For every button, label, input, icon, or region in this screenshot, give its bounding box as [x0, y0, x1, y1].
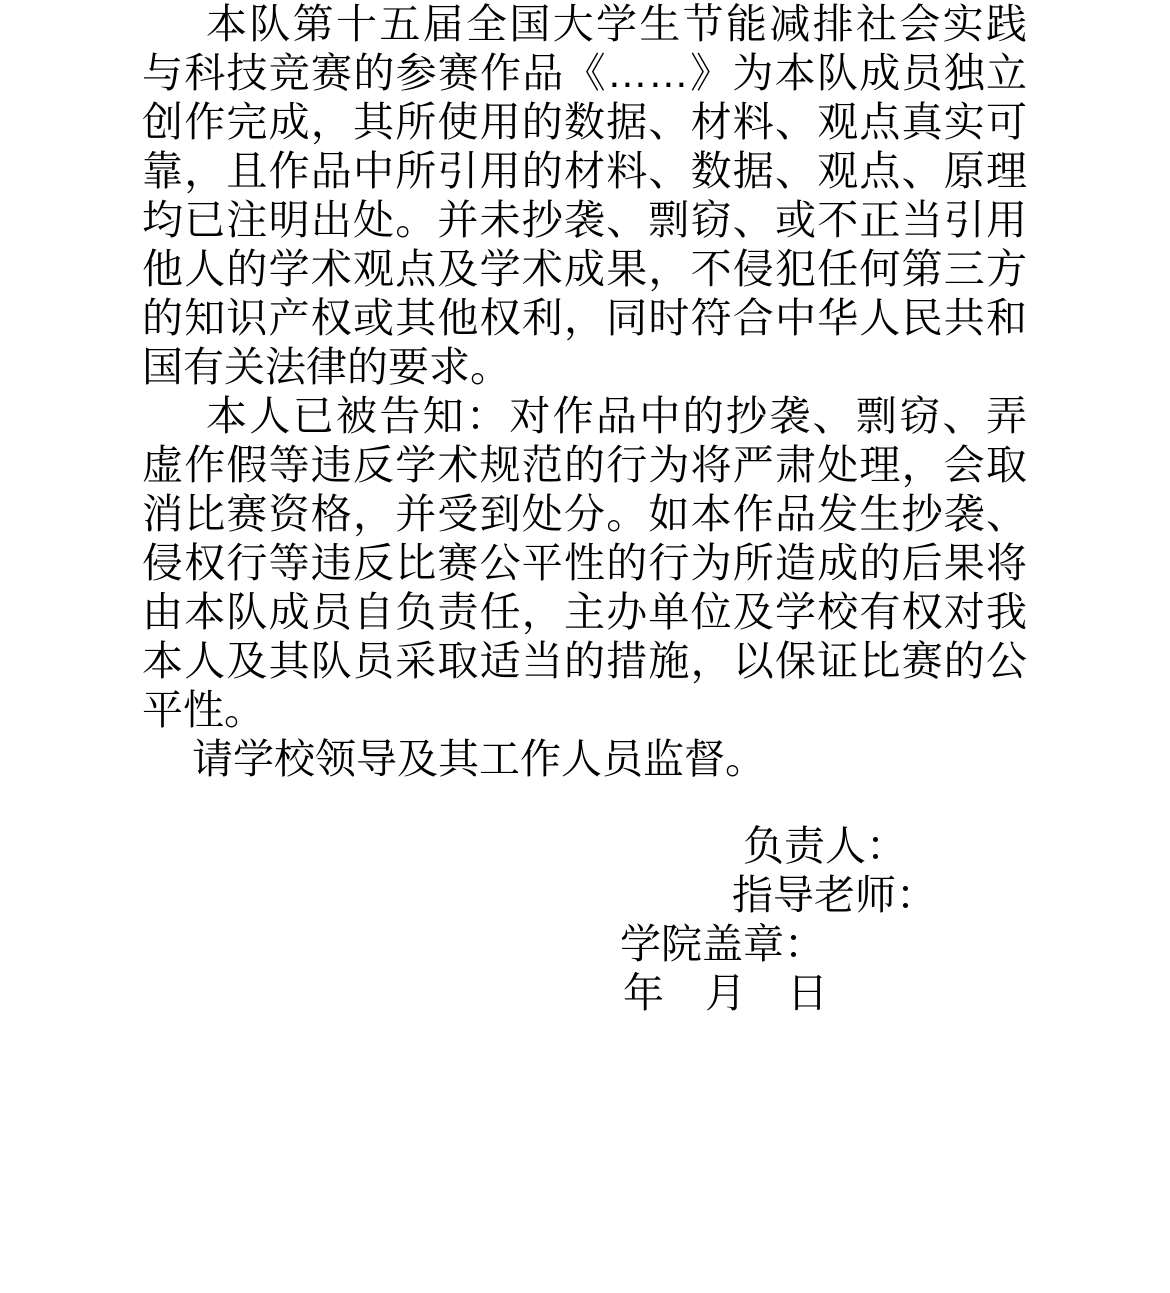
paragraph-supervision: 请学校领导及其工作人员监督。	[142, 735, 1027, 784]
text-line: 他人的学术观点及学术成果，不侵犯任何第三方	[142, 245, 1027, 294]
text-line: 消比赛资格，并受到处分。如本作品发生抄袭、	[142, 490, 1027, 539]
text-line: 本人已被告知：对作品中的抄袭、剽窃、弄	[142, 392, 1027, 441]
text-line: 均已注明出处。并未抄袭、剽窃、或不正当引用	[142, 196, 1027, 245]
text-line: 侵权行等违反比赛公平性的行为所造成的后果将	[142, 539, 1027, 588]
text-line: 靠，且作品中所引用的材料、数据、观点、原理	[142, 147, 1027, 196]
text-line: 本人及其队员采取适当的措施，以保证比赛的公	[142, 637, 1027, 686]
text-line: 创作完成，其所使用的数据、材料、观点真实可	[142, 98, 1027, 147]
text-line: 由本队成员自负责任，主办单位及学校有权对我	[142, 588, 1027, 637]
text-line: 本队第十五届全国大学生节能减排社会实践	[142, 0, 1027, 49]
text-line: 与科技竞赛的参赛作品《……》为本队成员独立	[142, 49, 1027, 98]
text-line: 国有关法律的要求。	[142, 343, 1027, 392]
text-line: 的知识产权或其他权利，同时符合中华人民共和	[142, 294, 1027, 343]
signature-line-responsible: 负责人：	[743, 822, 1027, 871]
declaration-page: 本队第十五届全国大学生节能减排社会实践 与科技竞赛的参赛作品《……》为本队成员独…	[0, 0, 1170, 1293]
signature-line-date: 年 月 日	[623, 969, 1027, 1018]
signature-line-advisor: 指导老师：	[732, 871, 1027, 920]
text-line: 虚作假等违反学术规范的行为将严肃处理，会取	[142, 441, 1027, 490]
text-line: 平性。	[142, 686, 1027, 735]
paragraph-consequences: 本人已被告知：对作品中的抄袭、剽窃、弄 虚作假等违反学术规范的行为将严肃处理，会…	[142, 392, 1027, 735]
text-line: 请学校领导及其工作人员监督。	[142, 735, 1027, 784]
signature-block: 负责人： 指导老师： 学院盖章： 年 月 日	[142, 822, 1027, 1018]
signature-line-college-seal: 学院盖章：	[620, 920, 1027, 969]
paragraph-originality: 本队第十五届全国大学生节能减排社会实践 与科技竞赛的参赛作品《……》为本队成员独…	[142, 0, 1027, 392]
